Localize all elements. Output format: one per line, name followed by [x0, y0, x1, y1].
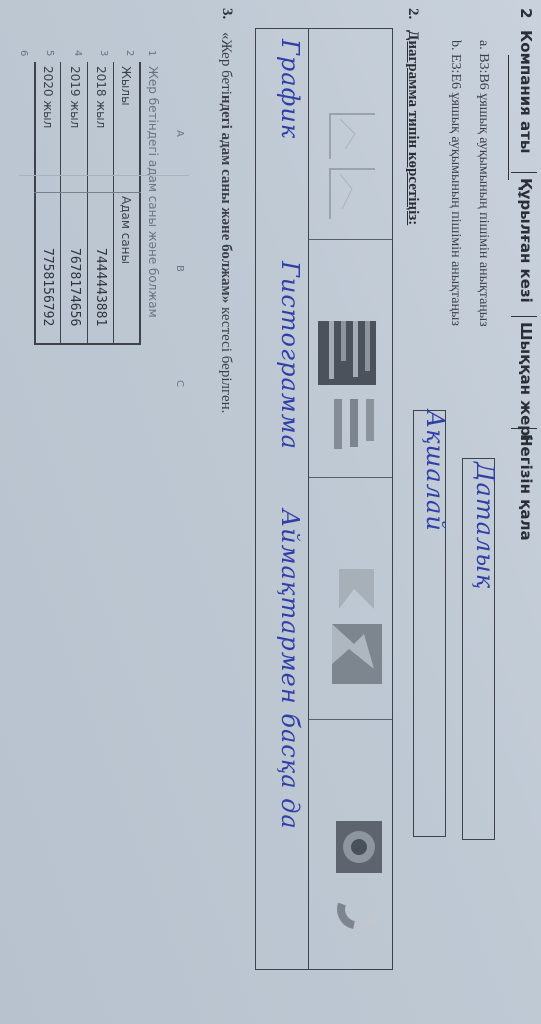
header-divider [511, 428, 537, 429]
question-1b: b. E3:E6 ұяшық ауқымының пішімін анықтаң… [447, 40, 463, 326]
answer-2-histogram: Гистограмма [276, 261, 304, 450]
header-founded: Құрылған кезі [517, 178, 535, 303]
bar-chart-icon [318, 319, 380, 459]
row-number: 3 [98, 50, 109, 56]
question-1a: a. B3:B6 ұяшық ауқымының пішімін анықтаң… [475, 40, 491, 327]
header-divider [511, 316, 537, 317]
question-3-text-bold: ндегі адам саны және болжам» [218, 95, 234, 303]
area-chart-icon [318, 569, 384, 709]
worksheet-page: 2 Компания аты Құрылған кезі Шыққан жері… [0, 0, 541, 1024]
column-header-c: C [174, 380, 185, 387]
table-cell-population: 7678174656 [67, 248, 82, 326]
answer-2-graph: График [276, 39, 304, 139]
question-3-number: 3. [218, 8, 235, 19]
header-founder: Негізін қала [517, 434, 535, 541]
answer-2-area-other: Аймақтармен басқа да [276, 509, 304, 830]
table-cell-year: 2019 жыл [68, 66, 82, 128]
question-3-text-end: кестесі берілген. [218, 303, 234, 413]
table-cell-population: 7444443881 [93, 248, 108, 326]
header-company-name: Компания аты [517, 30, 535, 153]
question-2-text: Диаграмма типін көрсетіңіз: [404, 30, 421, 225]
table-header-population: Адам саны [119, 196, 133, 264]
answer-1a-handwritten: Даталық [471, 462, 499, 589]
header-origin: Шыққан жері [517, 322, 535, 441]
table-cell-year: 2020 жыл [41, 66, 55, 128]
row-number: 2 [124, 50, 135, 56]
question-3-text: «Жер бетіндегі адам саны және болжам» ке… [217, 32, 234, 413]
gridline [19, 175, 189, 176]
column-header-b: B [174, 265, 185, 272]
pie-chart-icon [318, 819, 384, 949]
table-header-year: Жылы [119, 66, 133, 106]
header-underline [508, 55, 509, 180]
row-number: 4 [72, 50, 83, 56]
header-number: 2 [517, 8, 535, 18]
column-header-a: A [174, 130, 185, 137]
question-3-text-start: «Жер беті [218, 32, 234, 95]
header-divider [511, 172, 537, 173]
table-cell-population: 7758156792 [40, 248, 55, 326]
row-number: 5 [44, 50, 55, 56]
row-number: 1 [146, 50, 157, 56]
table-cell-year: 2018 жыл [94, 66, 108, 128]
line-chart-icon [320, 109, 380, 229]
chart-type-table: График Гистограмма Аймақтармен басқа да [255, 28, 393, 970]
answer-1b-handwritten: Ақшалай [421, 410, 449, 532]
question-2-number: 2. [404, 8, 421, 19]
row-number: 6 [18, 50, 29, 56]
sheet-title: Жер бетіндегі адам саны және болжам [146, 66, 160, 318]
